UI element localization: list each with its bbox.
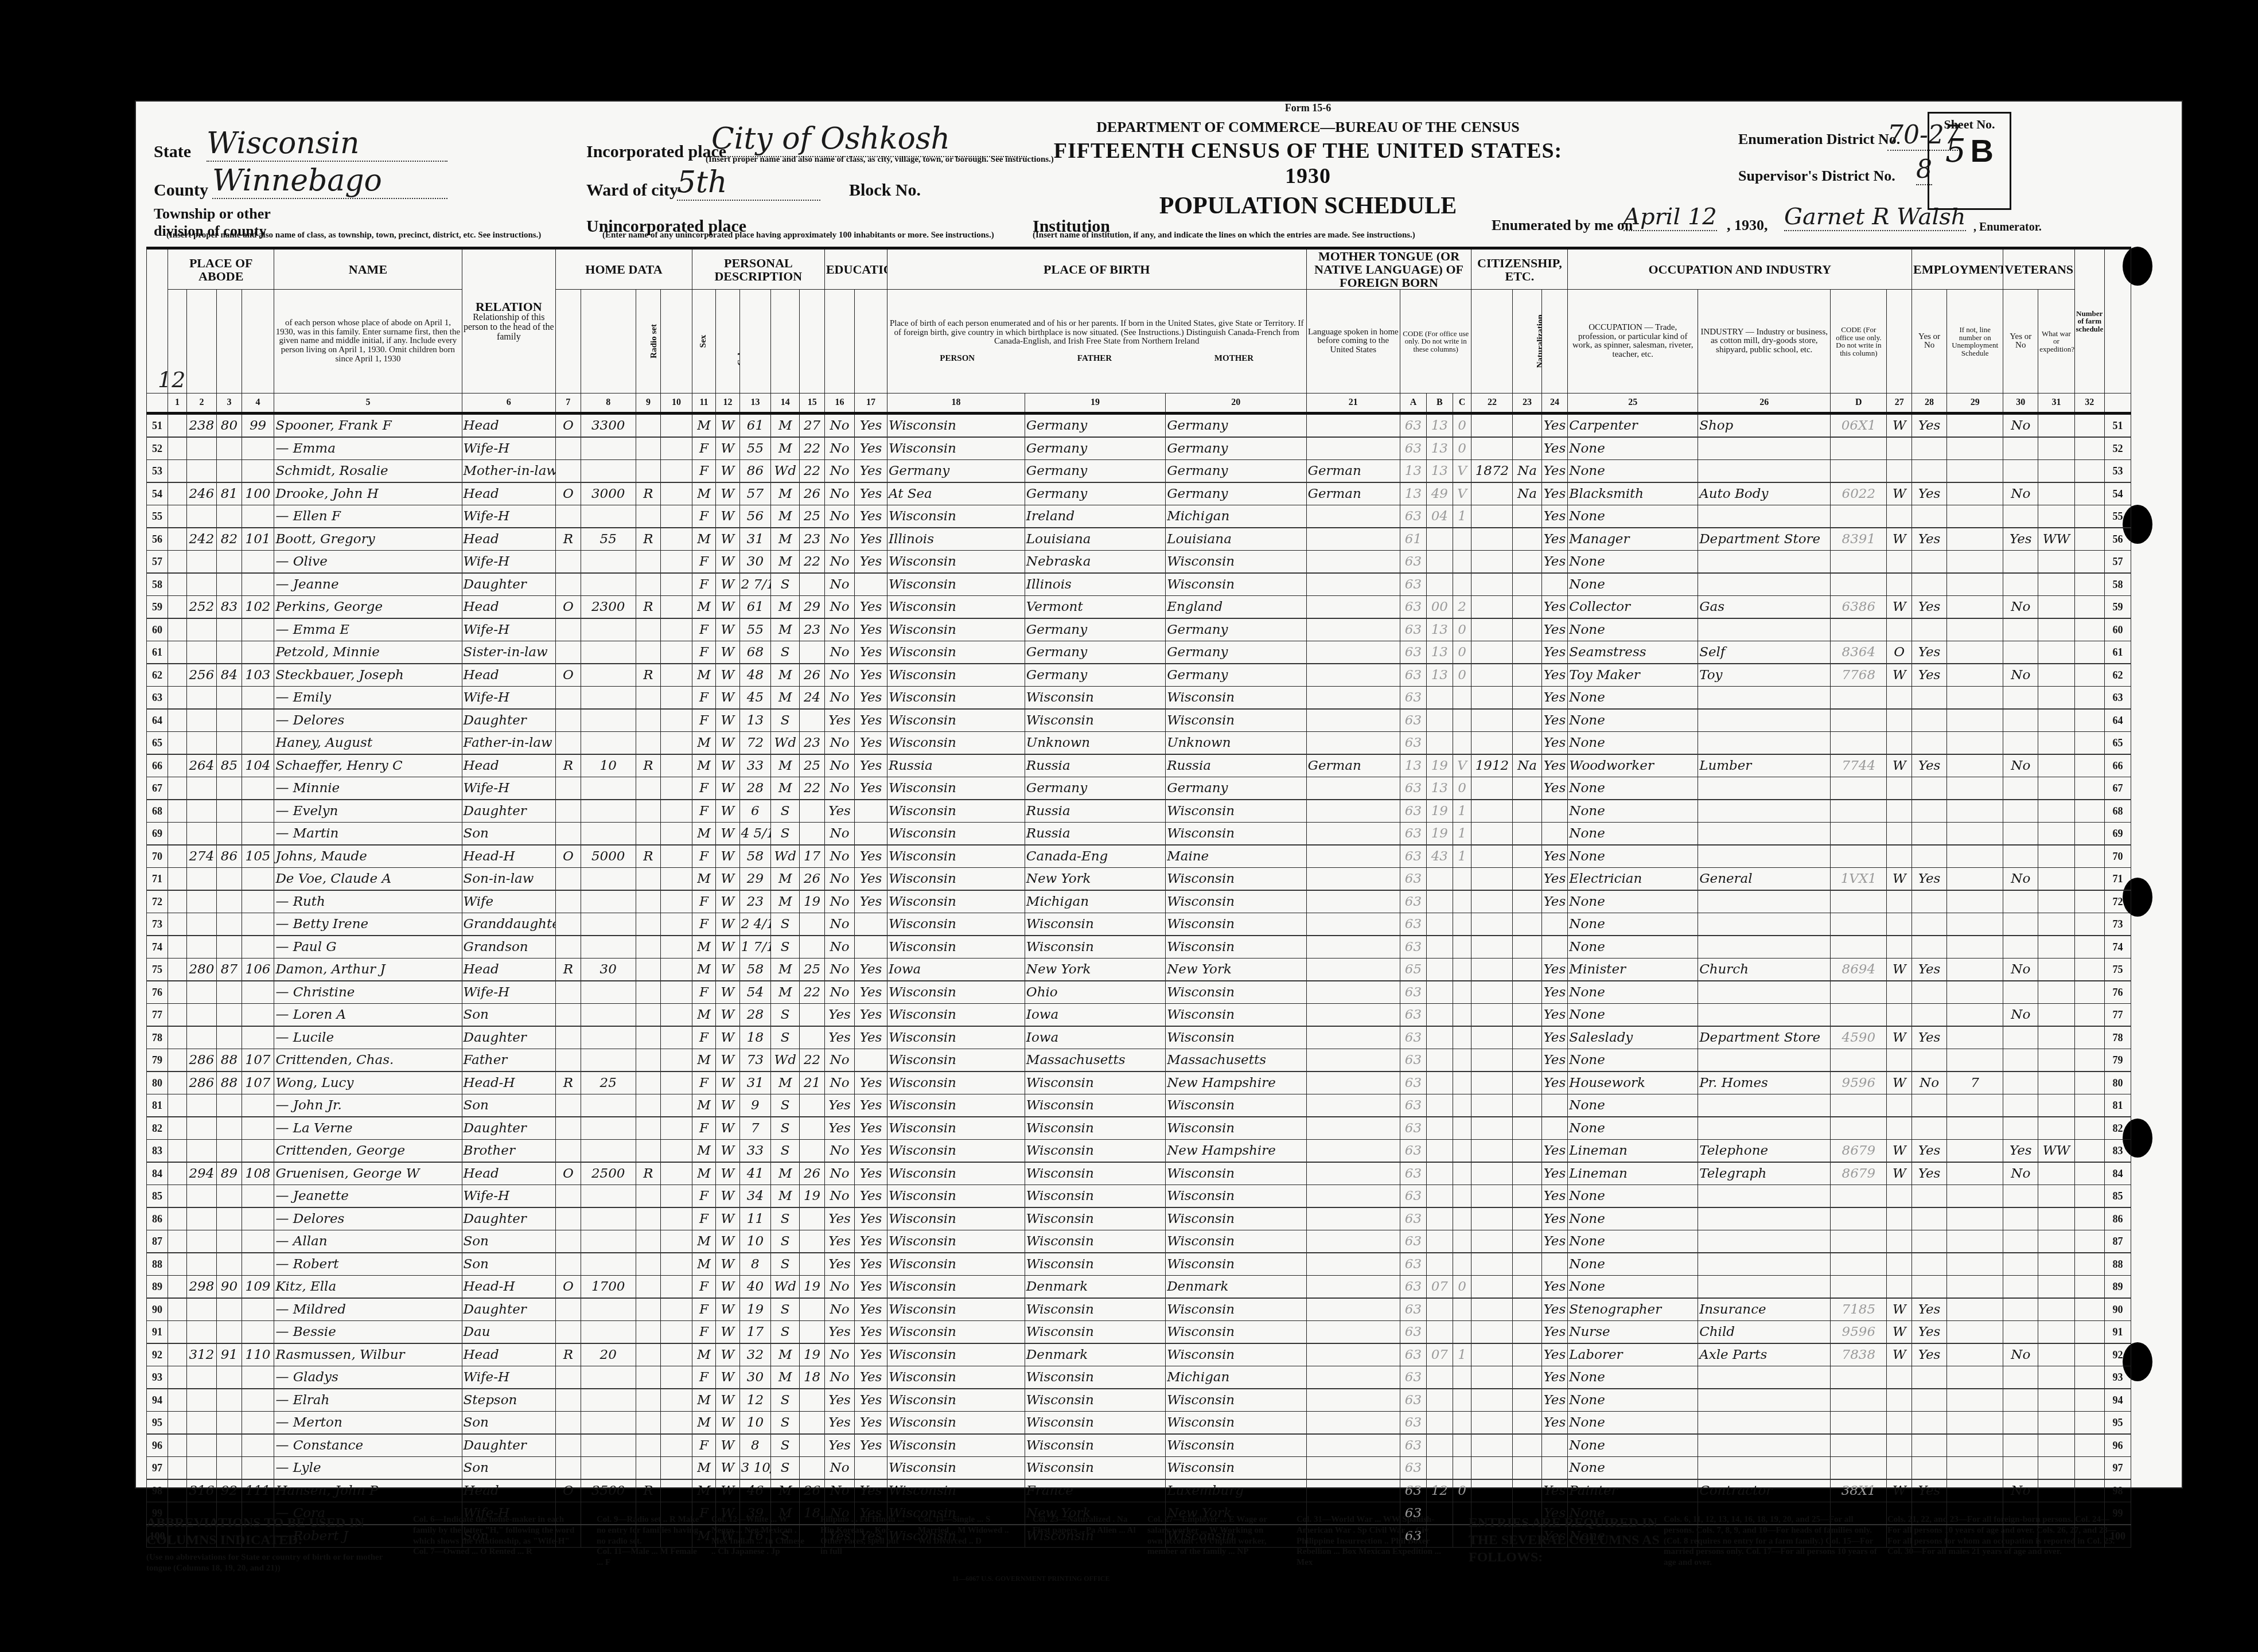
table-row: 67— MinnieWife-HFW28M22NoYesWisconsinGer…	[147, 777, 2131, 800]
cell-code-a: 63	[1400, 800, 1427, 823]
cell-code-c: 1	[1453, 505, 1471, 528]
cell-school: No	[824, 460, 854, 483]
cell-owned	[556, 551, 581, 574]
printer-imprint: 11—6067 U.S. GOVERNMENT PRINTING OFFICE	[952, 1575, 1109, 1583]
cell-mother: Wisconsin	[1166, 709, 1306, 732]
cell-mother: New Hampshire	[1166, 1140, 1306, 1163]
cell-age: 34	[739, 1185, 771, 1208]
cell-school: Yes	[824, 1412, 854, 1435]
cell-owned: O	[556, 664, 581, 687]
colnum: 28	[1912, 393, 1947, 414]
cell-code-c	[1453, 1117, 1471, 1140]
cell-father: Germany	[1025, 482, 1165, 505]
cell-sex: M	[692, 732, 715, 755]
cell-work	[1912, 1185, 1947, 1208]
cell-language	[1306, 1162, 1400, 1185]
cell-dwelling: 83	[217, 596, 242, 619]
cell-age-marriage	[800, 641, 825, 664]
name-desc: of each person whose place of abode on A…	[274, 290, 462, 393]
place-of-birth-header: PLACE OF BIRTH	[887, 248, 1306, 290]
veteran-col: Yes or No	[2003, 290, 2038, 393]
cell-name: — Christine	[274, 981, 462, 1004]
cell-code-c: V	[1453, 460, 1471, 483]
cell-father: Wisconsin	[1025, 1117, 1165, 1140]
cell-value	[581, 1049, 636, 1072]
mother-subheader: MOTHER	[1214, 354, 1253, 364]
cell-relation: Mother-in-law	[462, 460, 556, 483]
cell-value: 2300	[581, 596, 636, 619]
cell-mother: Wisconsin	[1166, 1117, 1306, 1140]
cell-house: 242	[186, 528, 216, 551]
cell-immig	[1471, 1479, 1513, 1502]
cell-street	[168, 1276, 187, 1299]
cell-farm	[661, 414, 692, 438]
cell-street	[168, 482, 187, 505]
cell-industry: Self	[1698, 641, 1831, 664]
cell-read: Yes	[855, 1321, 887, 1344]
cell-read: Yes	[855, 618, 887, 641]
cell-age: 30	[739, 551, 771, 574]
cell-dwelling	[217, 687, 242, 710]
cell-code-a: 63	[1400, 913, 1427, 936]
cell-code-c	[1453, 1412, 1471, 1435]
cell-work	[1912, 1004, 1947, 1027]
cell-immig	[1471, 414, 1513, 438]
cell-occupation: None	[1568, 573, 1698, 596]
cell-code-a: 13	[1400, 460, 1427, 483]
cell-code-a: 61	[1400, 528, 1427, 551]
cell-code-a: 63	[1400, 1117, 1427, 1140]
cell-farm	[661, 823, 692, 846]
cell-immig	[1471, 1298, 1513, 1321]
cell-line: 79	[147, 1049, 168, 1072]
cell-house: 256	[186, 664, 216, 687]
cell-radio	[636, 460, 661, 483]
cell-race: W	[716, 460, 739, 483]
cell-code-a: 63	[1400, 1049, 1427, 1072]
cell-radio: R	[636, 528, 661, 551]
cell-class	[1887, 505, 1912, 528]
cell-immig	[1471, 1321, 1513, 1344]
cell-name: — La Verne	[274, 1117, 462, 1140]
cell-race: W	[716, 641, 739, 664]
cell-race: W	[716, 936, 739, 959]
cell-dwelling	[217, 641, 242, 664]
cell-radio	[636, 1117, 661, 1140]
cell-street	[168, 1094, 187, 1117]
cell-immig	[1471, 981, 1513, 1004]
cell-class: W	[1887, 596, 1912, 619]
cell-dwelling: 89	[217, 1162, 242, 1185]
cell-house	[186, 437, 216, 460]
cell-english: Yes	[1541, 596, 1568, 619]
cell-school: No	[824, 1185, 854, 1208]
language-desc: Language spoken in home before coming to…	[1306, 290, 1400, 393]
cell-street	[2074, 414, 2104, 438]
cell-immig	[1471, 1253, 1513, 1276]
cell-line: 57	[2104, 551, 2131, 574]
cell-race: W	[716, 959, 739, 981]
cell-owned	[556, 1366, 581, 1389]
cell-read: Yes	[855, 1230, 887, 1253]
entries-required-a: Cols. 6, 11, 12, 13, 14, 16, 18, 19, 20,…	[1664, 1514, 1882, 1568]
cell-code-b: 07	[1426, 1343, 1453, 1366]
cell-war	[2038, 1412, 2074, 1435]
cell-english: Yes	[1541, 1412, 1568, 1435]
cell-read: Yes	[855, 1412, 887, 1435]
cell-code-b	[1426, 1094, 1453, 1117]
cell-farm	[661, 1253, 692, 1276]
cell-work	[1912, 460, 1947, 483]
cell-immig	[1471, 1185, 1513, 1208]
cell-school: No	[824, 573, 854, 596]
cell-mother: Wisconsin	[1166, 868, 1306, 891]
cell-sex: M	[692, 868, 715, 891]
cell-unemp	[1947, 981, 2003, 1004]
cell-code-c: 1	[1453, 823, 1471, 846]
cell-name: — Emma	[274, 437, 462, 460]
abbreviations-title-block: ABBREVIATIONS TO BE USED IN COLUMNS INDI…	[146, 1514, 399, 1574]
cell-english: Yes	[1541, 1049, 1568, 1072]
cell-read: Yes	[855, 959, 887, 981]
cell-value	[581, 868, 636, 891]
cell-race: W	[716, 1162, 739, 1185]
cell-sex: F	[692, 981, 715, 1004]
cell-line: 61	[147, 641, 168, 664]
cell-line: 90	[147, 1298, 168, 1321]
cell-natur	[1513, 1412, 1541, 1435]
cell-value	[581, 1004, 636, 1027]
cell-house	[186, 1094, 216, 1117]
cell-code-c	[1453, 1140, 1471, 1163]
cell-dwelling	[217, 981, 242, 1004]
cell-value: 20	[581, 1343, 636, 1366]
cell-code-b: 07	[1426, 1276, 1453, 1299]
cell-work: Yes	[1912, 754, 1947, 777]
cell-street	[2074, 664, 2104, 687]
cell-veteran	[2003, 460, 2038, 483]
cell-mother: Wisconsin	[1166, 1185, 1306, 1208]
cell-farm	[661, 1162, 692, 1185]
table-row: 85— JeanetteWife-HFW34M19NoYesWisconsinW…	[147, 1185, 2131, 1208]
cell-mother: Wisconsin	[1166, 823, 1306, 846]
table-row: 90— MildredDaughterFW19SNoYesWisconsinWi…	[147, 1298, 2131, 1321]
cell-street	[168, 959, 187, 981]
cell-line: 88	[2104, 1253, 2131, 1276]
cell-owned	[556, 777, 581, 800]
cell-birth: Wisconsin	[887, 618, 1025, 641]
colnum: 20	[1166, 393, 1306, 414]
cell-relation: Brother	[462, 1140, 556, 1163]
cell-family: 99	[242, 414, 274, 438]
cell-race: W	[716, 709, 739, 732]
cell-farm	[661, 1207, 692, 1230]
cell-house	[186, 1389, 216, 1412]
cell-value	[581, 505, 636, 528]
cell-father: Massachusetts	[1025, 1049, 1165, 1072]
cell-natur	[1513, 1298, 1541, 1321]
cell-code-a: 63	[1400, 981, 1427, 1004]
cell-age-marriage: 18	[800, 1366, 825, 1389]
cell-code-c	[1453, 1366, 1471, 1389]
colnum: 9	[636, 393, 661, 414]
cell-dwelling	[217, 823, 242, 846]
colnum: 19	[1025, 393, 1165, 414]
colnum: 30	[2003, 393, 2038, 414]
cell-father: Wisconsin	[1025, 1321, 1165, 1344]
cell-occupation: None	[1568, 1117, 1698, 1140]
cell-house: 294	[186, 1162, 216, 1185]
cell-mother: England	[1166, 596, 1306, 619]
cell-marital: S	[771, 1140, 800, 1163]
cell-school: No	[824, 823, 854, 846]
cell-code-a: 63	[1400, 1457, 1427, 1480]
cell-sex: M	[692, 482, 715, 505]
cell-family: 101	[242, 528, 274, 551]
cell-street	[168, 1004, 187, 1027]
cell-line: 87	[147, 1230, 168, 1253]
cell-industry: Department Store	[1698, 528, 1831, 551]
cell-name: — Paul G	[274, 936, 462, 959]
colnum: 18	[887, 393, 1025, 414]
cell-relation: Head	[462, 482, 556, 505]
cell-line: 67	[2104, 777, 2131, 800]
cell-read	[855, 823, 887, 846]
cell-street	[2074, 687, 2104, 710]
cell-name: Perkins, George	[274, 596, 462, 619]
cell-street	[2074, 1412, 2104, 1435]
cell-dwelling	[217, 868, 242, 891]
cell-language	[1306, 1434, 1400, 1457]
cell-school: No	[824, 868, 854, 891]
cell-owned	[556, 1004, 581, 1027]
cell-line: 60	[147, 618, 168, 641]
cell-occupation: None	[1568, 981, 1698, 1004]
cell-natur	[1513, 913, 1541, 936]
cell-class	[1887, 890, 1912, 913]
cell-owned	[556, 437, 581, 460]
cell-work: Yes	[1912, 1343, 1947, 1366]
cell-age-marriage: 23	[800, 732, 825, 755]
cell-age: 33	[739, 1140, 771, 1163]
cell-work	[1912, 1117, 1947, 1140]
cell-street	[2074, 1162, 2104, 1185]
table-row: 73— Betty IreneGranddaughterFW2 4/12SNoW…	[147, 913, 2131, 936]
cell-industry	[1698, 913, 1831, 936]
cell-code-a: 63	[1400, 664, 1427, 687]
cell-sex: F	[692, 641, 715, 664]
cell-veteran	[2003, 1117, 2038, 1140]
cell-sex: F	[692, 1366, 715, 1389]
cell-age: 2 4/12	[739, 913, 771, 936]
cell-radio	[636, 913, 661, 936]
cell-read: Yes	[855, 1207, 887, 1230]
cell-street	[168, 1389, 187, 1412]
cell-family	[242, 1253, 274, 1276]
cell-name: — Ruth	[274, 890, 462, 913]
cell-code-c	[1453, 868, 1471, 891]
cell-occ-code	[1831, 936, 1887, 959]
cell-school: No	[824, 687, 854, 710]
birth-desc-text: Place of birth of each person enumerated…	[889, 320, 1305, 346]
cell-sex: F	[692, 460, 715, 483]
cell-marital: M	[771, 1366, 800, 1389]
cell-war	[2038, 1343, 2074, 1366]
cell-code-a: 63	[1400, 868, 1427, 891]
cell-owned	[556, 1094, 581, 1117]
cell-street	[168, 596, 187, 619]
cell-birth: Wisconsin	[887, 1389, 1025, 1412]
cell-mother: New Hampshire	[1166, 1072, 1306, 1094]
cell-read: Yes	[855, 437, 887, 460]
cell-owned: O	[556, 414, 581, 438]
cell-industry: Auto Body	[1698, 482, 1831, 505]
cell-english	[1541, 1457, 1568, 1480]
cell-occupation: None	[1568, 1094, 1698, 1117]
attended-school-col: Attended school or college any time sinc…	[824, 290, 854, 393]
cell-family	[242, 505, 274, 528]
cell-family: 104	[242, 754, 274, 777]
cell-veteran: No	[2003, 664, 2038, 687]
cell-father: Wisconsin	[1025, 687, 1165, 710]
citizenship-header: CITIZENSHIP, ETC.	[1471, 248, 1568, 290]
cell-mother: Wisconsin	[1166, 1321, 1306, 1344]
cell-unemp	[1947, 551, 2003, 574]
cell-veteran: No	[2003, 414, 2038, 438]
cell-farm	[661, 1479, 692, 1502]
cell-dwelling	[217, 1004, 242, 1027]
colnum: C	[1453, 393, 1471, 414]
cell-veteran: No	[2003, 482, 2038, 505]
cell-unemp	[1947, 1389, 2003, 1412]
cell-occupation: None	[1568, 732, 1698, 755]
cell-code-b	[1426, 1412, 1453, 1435]
cell-marital: M	[771, 482, 800, 505]
cell-work	[1912, 1253, 1947, 1276]
naturalization-col: Naturalization	[1513, 290, 1541, 393]
cell-school: No	[824, 482, 854, 505]
cell-english: Yes	[1541, 868, 1568, 891]
cell-marital: M	[771, 1162, 800, 1185]
cell-unemp	[1947, 1457, 2003, 1480]
cell-age: 31	[739, 1072, 771, 1094]
cell-sex: F	[692, 800, 715, 823]
cell-war	[2038, 1026, 2074, 1049]
cell-natur	[1513, 1253, 1541, 1276]
cell-sex: F	[692, 437, 715, 460]
cell-occupation: Minister	[1568, 959, 1698, 981]
abbrev-col12-races: Col. 12—White ... W Negro ... Neg Mexica…	[711, 1514, 809, 1557]
cell-farm	[661, 981, 692, 1004]
cell-relation: Stepson	[462, 1389, 556, 1412]
cell-mother: Unknown	[1166, 732, 1306, 755]
cell-immig: 1872	[1471, 460, 1513, 483]
cell-farm	[661, 732, 692, 755]
cell-industry	[1698, 800, 1831, 823]
cell-marital: Wd	[771, 1276, 800, 1299]
cell-line: 80	[2104, 1072, 2131, 1094]
cell-unemp	[1947, 1049, 2003, 1072]
cell-english: Yes	[1541, 641, 1568, 664]
cell-birth: Wisconsin	[887, 1479, 1025, 1502]
cell-read: Yes	[855, 1366, 887, 1389]
cell-father: Wisconsin	[1025, 1366, 1165, 1389]
cell-read: Yes	[855, 845, 887, 868]
cell-war	[2038, 641, 2074, 664]
cell-age: 6	[739, 800, 771, 823]
cell-line: 70	[147, 845, 168, 868]
cell-line: 93	[2104, 1366, 2131, 1389]
cell-code-a: 63	[1400, 1026, 1427, 1049]
cell-code-b	[1426, 1321, 1453, 1344]
cell-war	[2038, 1230, 2074, 1253]
colnum: 10	[661, 393, 692, 414]
cell-mother: Germany	[1166, 482, 1306, 505]
cell-immig	[1471, 1457, 1513, 1480]
cell-radio	[636, 777, 661, 800]
cell-line: 85	[2104, 1185, 2131, 1208]
cell-line: 81	[147, 1094, 168, 1117]
cell-language	[1306, 505, 1400, 528]
cell-father: Ireland	[1025, 505, 1165, 528]
cell-immig	[1471, 1117, 1513, 1140]
cell-unemp	[1947, 1366, 2003, 1389]
cell-value: 5000	[581, 845, 636, 868]
read-write-col: Whether able to read and write	[855, 290, 887, 393]
cell-class: W	[1887, 959, 1912, 981]
cell-school: No	[824, 1343, 854, 1366]
cell-code-b	[1426, 913, 1453, 936]
cell-house	[186, 1117, 216, 1140]
cell-owned: R	[556, 528, 581, 551]
cell-unemp	[1947, 1207, 2003, 1230]
cell-owned	[556, 1412, 581, 1435]
cell-read: Yes	[855, 460, 887, 483]
cell-english: Yes	[1541, 709, 1568, 732]
cell-birth: Wisconsin	[887, 1094, 1025, 1117]
cell-industry: Child	[1698, 1321, 1831, 1344]
cell-line: 82	[2104, 1117, 2131, 1140]
supervisor-district-label: Supervisor's District No.	[1738, 167, 1895, 185]
cell-family	[242, 823, 274, 846]
cell-father: Denmark	[1025, 1343, 1165, 1366]
cell-owned: R	[556, 754, 581, 777]
cell-farm	[661, 777, 692, 800]
cell-occupation: None	[1568, 1412, 1698, 1435]
cell-class	[1887, 777, 1912, 800]
cell-read	[855, 913, 887, 936]
cell-immig	[1471, 732, 1513, 755]
house-number-col: House number (in cities or towns)	[186, 290, 216, 393]
cell-line: 73	[2104, 913, 2131, 936]
cell-industry	[1698, 936, 1831, 959]
colnum	[2104, 393, 2131, 414]
cell-line: 84	[2104, 1162, 2131, 1185]
cell-english: Yes	[1541, 1185, 1568, 1208]
cell-mother: Wisconsin	[1166, 573, 1306, 596]
cell-work	[1912, 1207, 1947, 1230]
cell-family: 103	[242, 664, 274, 687]
cell-war	[2038, 1049, 2074, 1072]
cell-class: O	[1887, 641, 1912, 664]
cell-farm	[661, 596, 692, 619]
cell-street	[2074, 1298, 2104, 1321]
cell-natur	[1513, 800, 1541, 823]
cell-family	[242, 1185, 274, 1208]
cell-birth: Wisconsin	[887, 1321, 1025, 1344]
cell-occ-code: 7744	[1831, 754, 1887, 777]
cell-occ-code	[1831, 460, 1887, 483]
